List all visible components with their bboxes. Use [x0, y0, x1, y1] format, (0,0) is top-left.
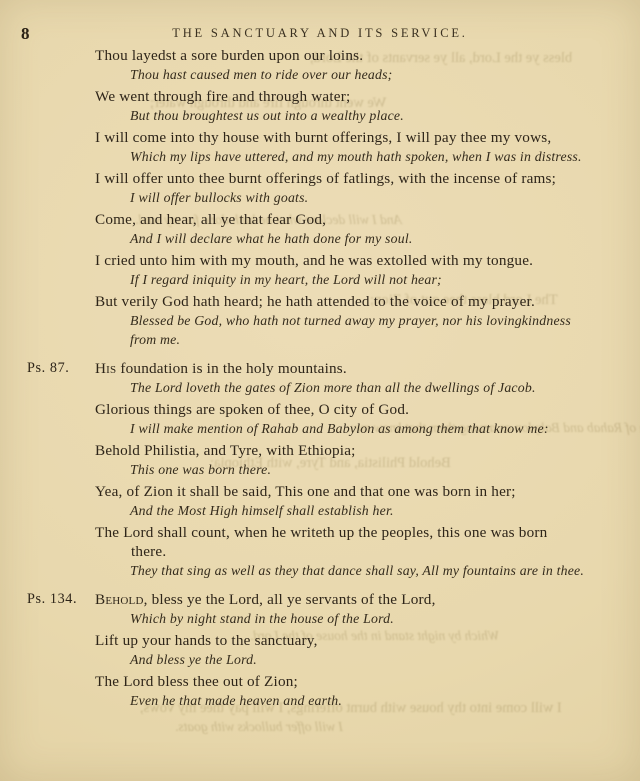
- verse: Thou layedst a sore burden upon our loin…: [95, 46, 640, 84]
- verse-line-response-continuation: from me.: [130, 330, 640, 349]
- verse-line-response: Which my lips have uttered, and my mouth…: [130, 147, 640, 166]
- verse-line-response: I will make mention of Rahab and Babylon…: [130, 419, 640, 438]
- verse-line-roman: I will come into thy house with burnt of…: [95, 128, 640, 147]
- verse: The Lord shall count, when he writeth up…: [95, 523, 640, 580]
- ghost-bleed-line: I will offer bullocks with goats.: [175, 719, 343, 735]
- verse: Yea, of Zion it shall be said, This one …: [95, 482, 640, 520]
- verse-line-roman: Come, and hear, all ye that fear God,: [95, 210, 640, 229]
- verse-line-roman: Behold Philistia, and Tyre, with Ethiopi…: [95, 441, 640, 460]
- verse: Behold Philistia, and Tyre, with Ethiopi…: [95, 441, 640, 479]
- verse-line-roman: Yea, of Zion it shall be said, This one …: [95, 482, 640, 501]
- verse: We went through fire and through water; …: [95, 87, 640, 125]
- verse-line-roman-rest: bless ye the Lord, all ye servants of th…: [148, 591, 436, 608]
- verse-line-roman: Glorious things are spoken of thee, O ci…: [95, 400, 640, 419]
- verse-line-response: But thou broughtest us out into a wealth…: [130, 106, 640, 125]
- verse-line-roman: But verily God hath heard; he hath atten…: [95, 292, 640, 311]
- verse-line-roman: Thou layedst a sore burden upon our loin…: [95, 46, 640, 65]
- verse: The Lord bless thee out of Zion; Even he…: [95, 672, 640, 710]
- running-header: THE SANCTUARY AND ITS SERVICE.: [0, 26, 640, 41]
- scanned-book-page: bless ye the Lord, all ye servants of th…: [0, 0, 640, 781]
- verse-line-roman-continuation: there.: [131, 542, 640, 561]
- verse-line-response: Thou hast caused men to ride over our he…: [130, 65, 640, 84]
- verse: Ps. 134. Behold, bless ye the Lord, all …: [95, 590, 640, 628]
- verse-line-response: And the Most High himself shall establis…: [130, 501, 640, 520]
- verse-line-response: And I will declare what he hath done for…: [130, 229, 640, 248]
- psalm-section: Ps. 87. His foundation is in the holy mo…: [95, 359, 640, 580]
- psalm-label: Ps. 134.: [27, 591, 77, 608]
- verse-line-response: Which by night stand in the house of the…: [130, 609, 640, 628]
- verse-line-response: And bless ye the Lord.: [130, 650, 640, 669]
- verse-line-response: They that sing as well as they that danc…: [130, 561, 640, 580]
- psalm-section: Thou layedst a sore burden upon our loin…: [95, 46, 640, 349]
- verse-line-response: If I regard iniquity in my heart, the Lo…: [130, 270, 640, 289]
- small-caps-lead: Behold,: [95, 591, 148, 608]
- psalm-label: Ps. 87.: [27, 360, 69, 377]
- psalm-section: Ps. 134. Behold, bless ye the Lord, all …: [95, 590, 640, 710]
- verse: Glorious things are spoken of thee, O ci…: [95, 400, 640, 438]
- verse: I will offer unto thee burnt offerings o…: [95, 169, 640, 207]
- verse-line-response: I will offer bullocks with goats.: [130, 188, 640, 207]
- verse-line-response: This one was born there.: [130, 460, 640, 479]
- verse: I cried unto him with my mouth, and he w…: [95, 251, 640, 289]
- verse: Come, and hear, all ye that fear God, An…: [95, 210, 640, 248]
- verse: But verily God hath heard; he hath atten…: [95, 292, 640, 349]
- verse-line-response: The Lord loveth the gates of Zion more t…: [130, 378, 640, 397]
- verse-line-roman: Lift up your hands to the sanctuary,: [95, 631, 640, 650]
- verse-line-roman: Behold, bless ye the Lord, all ye servan…: [95, 590, 640, 609]
- verse-line-roman: His foundation is in the holy mountains.: [95, 359, 640, 378]
- verse: I will come into thy house with burnt of…: [95, 128, 640, 166]
- verse-line-roman: The Lord shall count, when he writeth up…: [95, 523, 640, 542]
- verse-line-response: Blessed be God, who hath not turned away…: [130, 311, 640, 330]
- verse-line-roman: I cried unto him with my mouth, and he w…: [95, 251, 640, 270]
- psalm-text-block: Thou layedst a sore burden upon our loin…: [95, 46, 640, 713]
- verse: Lift up your hands to the sanctuary, And…: [95, 631, 640, 669]
- verse-line-roman: The Lord bless thee out of Zion;: [95, 672, 640, 691]
- verse-line-response: Even he that made heaven and earth.: [130, 691, 640, 710]
- verse-line-roman-rest: foundation is in the holy mountains.: [116, 360, 347, 377]
- verse-line-roman: We went through fire and through water;: [95, 87, 640, 106]
- verse-line-roman: I will offer unto thee burnt offerings o…: [95, 169, 640, 188]
- verse: Ps. 87. His foundation is in the holy mo…: [95, 359, 640, 397]
- small-caps-lead: His: [95, 360, 116, 377]
